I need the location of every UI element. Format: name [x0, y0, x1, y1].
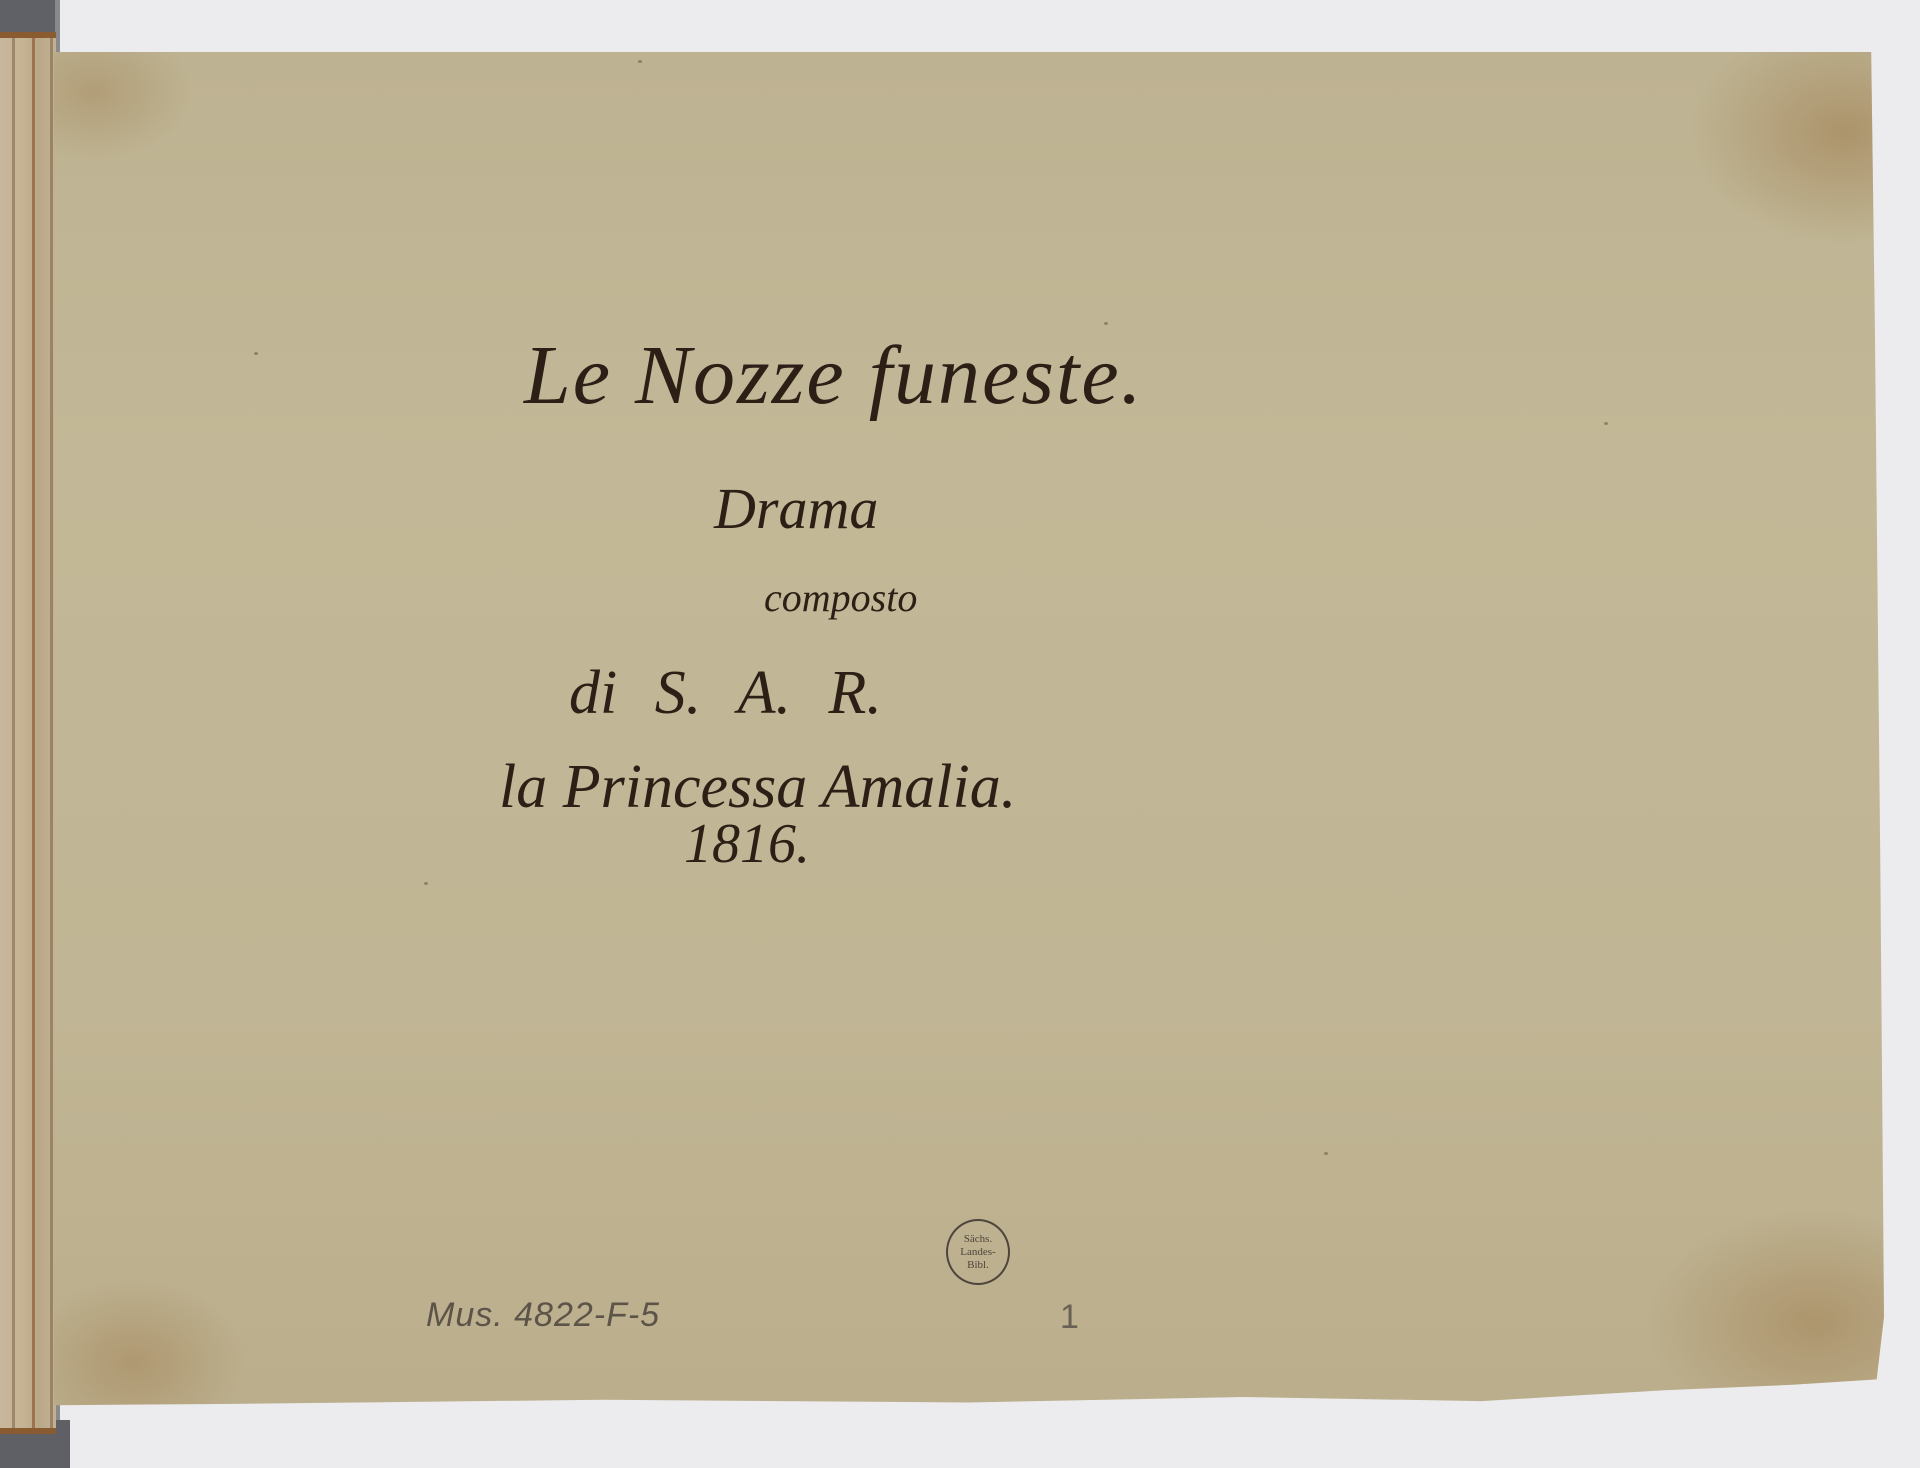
paper-speck — [638, 60, 642, 63]
book-spine — [0, 32, 56, 1434]
stamp-line: Sächs. — [964, 1233, 992, 1246]
year: 1816. — [684, 812, 810, 876]
paper-speck — [424, 882, 428, 885]
stamp-line: Landes- — [960, 1246, 995, 1259]
paper-speck — [1324, 1152, 1328, 1155]
paper-speck — [254, 352, 258, 355]
spine-crease — [12, 38, 15, 1428]
spine-crease — [32, 38, 35, 1428]
paper-speck — [1604, 422, 1608, 425]
composed-label: composto — [764, 574, 917, 621]
shelfmark: Mus. 4822-F-5 — [426, 1296, 660, 1335]
paper-speck — [1104, 322, 1108, 325]
title-block: Le Nozze funeste. Drama composto di S. A… — [54, 52, 1884, 1412]
spine-crease — [50, 38, 53, 1428]
folio-number: 1 — [1060, 1298, 1079, 1337]
composer-honorific: di S. A. R. — [569, 658, 882, 729]
manuscript-page: Le Nozze funeste. Drama composto di S. A… — [54, 52, 1884, 1412]
work-title: Le Nozze funeste. — [524, 327, 1144, 424]
library-stamp: Sächs. Landes- Bibl. — [946, 1219, 1010, 1285]
stamp-line: Bibl. — [967, 1259, 989, 1272]
genre-label: Drama — [714, 475, 878, 542]
